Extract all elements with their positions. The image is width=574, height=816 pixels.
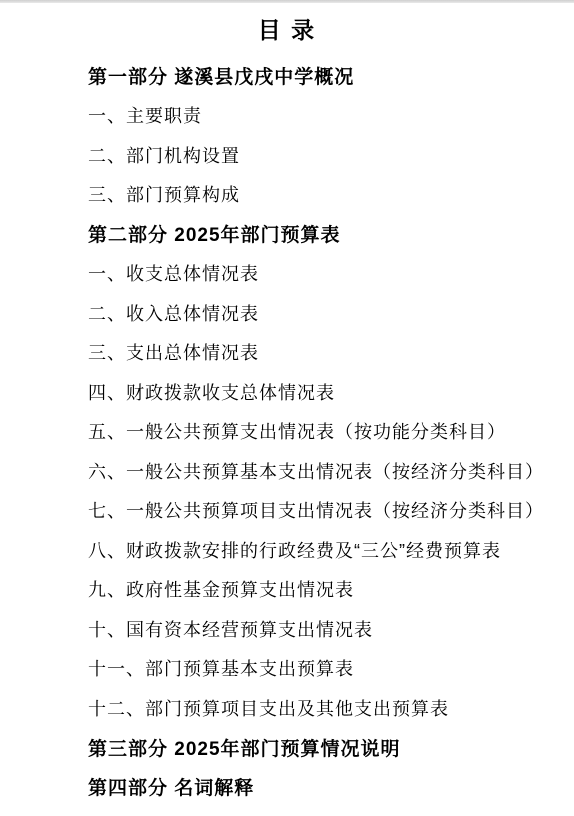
toc-item: 五、一般公共预算支出情况表（按功能分类科目） — [88, 412, 558, 452]
toc-item: 八、财政拨款安排的行政经费及“三公”经费预算表 — [88, 530, 558, 570]
toc-part-heading: 第一部分 遂溪县戊戌中学概况 — [88, 56, 558, 96]
toc-part-heading: 第四部分 名词解释 — [88, 767, 558, 807]
toc-list: 第一部分 遂溪县戊戌中学概况一、主要职责二、部门机构设置三、部门预算构成第二部分… — [88, 56, 558, 807]
page-top-edge — [0, 0, 574, 3]
document-page: 目 录 第一部分 遂溪县戊戌中学概况一、主要职责二、部门机构设置三、部门预算构成… — [0, 0, 574, 816]
toc-item: 十二、部门预算项目支出及其他支出预算表 — [88, 688, 558, 728]
toc-item: 一、主要职责 — [88, 96, 558, 136]
toc-item: 三、部门预算构成 — [88, 175, 558, 215]
toc-item: 四、财政拨款收支总体情况表 — [88, 372, 558, 412]
toc-item: 二、收入总体情况表 — [88, 293, 558, 333]
toc-item: 六、一般公共预算基本支出情况表（按经济分类科目） — [88, 451, 558, 491]
toc-item: 三、支出总体情况表 — [88, 333, 558, 373]
toc-item: 一、收支总体情况表 — [88, 254, 558, 294]
toc-item: 十、国有资本经营预算支出情况表 — [88, 609, 558, 649]
toc-part-heading: 第三部分 2025年部门预算情况说明 — [88, 728, 558, 768]
toc-title: 目 录 — [0, 12, 574, 45]
toc-item: 七、一般公共预算项目支出情况表（按经济分类科目） — [88, 491, 558, 531]
toc-item: 九、政府性基金预算支出情况表 — [88, 570, 558, 610]
toc-item: 十一、部门预算基本支出预算表 — [88, 649, 558, 689]
toc-item: 二、部门机构设置 — [88, 135, 558, 175]
toc-part-heading: 第二部分 2025年部门预算表 — [88, 214, 558, 254]
